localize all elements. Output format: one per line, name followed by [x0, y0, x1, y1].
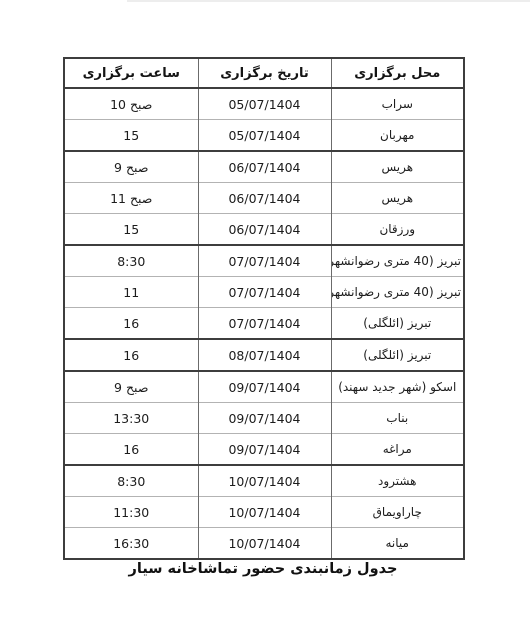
location-cell: تبریز (ائلگلی) — [331, 339, 464, 371]
table-row: تبریز (40 متری رضوانشهر) 07/07/1404 11 — [64, 277, 464, 308]
location-cell: چاراویماق — [331, 497, 464, 528]
table-caption: جدول زمانبندی حضور تماشاخانه سیار — [63, 561, 463, 577]
time-cell: 13:30 — [64, 403, 198, 434]
time-cell: 11 — [64, 277, 198, 308]
date-cell: 09/07/1404 — [198, 371, 331, 403]
date-cell: 06/07/1404 — [198, 214, 331, 246]
table-row: هریس 06/07/1404 9 صبح — [64, 151, 464, 183]
table-row: تبریز (ائلگلی) 08/07/1404 16 — [64, 339, 464, 371]
date-cell: 05/07/1404 — [198, 120, 331, 152]
location-cell: سراب — [331, 88, 464, 120]
time-cell: 16 — [64, 339, 198, 371]
header-row: محل برگزاری تاریخ برگزاری ساعت برگزاری — [64, 58, 464, 88]
table-row: اسکو (شهر جدید سهند) 09/07/1404 9 صبح — [64, 371, 464, 403]
time-cell: 16:30 — [64, 528, 198, 560]
location-cell: میانه — [331, 528, 464, 560]
time-cell: 11:30 — [64, 497, 198, 528]
date-cell: 07/07/1404 — [198, 245, 331, 277]
location-cell: بناب — [331, 403, 464, 434]
date-cell: 10/07/1404 — [198, 497, 331, 528]
location-cell: هریس — [331, 151, 464, 183]
top-edge-artifact — [127, 0, 530, 2]
date-cell: 07/07/1404 — [198, 277, 331, 308]
table-row: ورزقان 06/07/1404 15 — [64, 214, 464, 246]
header-location: محل برگزاری — [331, 58, 464, 88]
date-cell: 07/07/1404 — [198, 308, 331, 340]
location-cell: مراغه — [331, 434, 464, 466]
location-cell: تبریز (40 متری رضوانشهر) — [331, 277, 464, 308]
page: محل برگزاری تاریخ برگزاری ساعت برگزاری س… — [0, 0, 530, 640]
table-row: هریس 06/07/1404 11 صبح — [64, 183, 464, 214]
time-cell: 16 — [64, 308, 198, 340]
table-row: تبریز (40 متری رضوانشهر) 07/07/1404 8:30 — [64, 245, 464, 277]
date-cell: 09/07/1404 — [198, 434, 331, 466]
table-row: هشترود 10/07/1404 8:30 — [64, 465, 464, 497]
schedule-table-header: محل برگزاری تاریخ برگزاری ساعت برگزاری — [64, 58, 464, 88]
table-row: بناب 09/07/1404 13:30 — [64, 403, 464, 434]
time-cell: 15 — [64, 214, 198, 246]
header-date: تاریخ برگزاری — [198, 58, 331, 88]
date-cell: 10/07/1404 — [198, 465, 331, 497]
table-row: میانه 10/07/1404 16:30 — [64, 528, 464, 560]
schedule-table: محل برگزاری تاریخ برگزاری ساعت برگزاری س… — [63, 57, 465, 560]
time-cell: 10 صبح — [64, 88, 198, 120]
date-cell: 08/07/1404 — [198, 339, 331, 371]
schedule-table-body: سراب 05/07/1404 10 صبح مهربان 05/07/1404… — [64, 88, 464, 559]
time-cell: 8:30 — [64, 465, 198, 497]
table-row: تبریز (ائلگلی) 07/07/1404 16 — [64, 308, 464, 340]
time-cell: 16 — [64, 434, 198, 466]
header-time: ساعت برگزاری — [64, 58, 198, 88]
time-cell: 8:30 — [64, 245, 198, 277]
location-cell: اسکو (شهر جدید سهند) — [331, 371, 464, 403]
location-cell: تبریز (ائلگلی) — [331, 308, 464, 340]
date-cell: 06/07/1404 — [198, 151, 331, 183]
table-row: مراغه 09/07/1404 16 — [64, 434, 464, 466]
location-cell: تبریز (40 متری رضوانشهر) — [331, 245, 464, 277]
time-cell: 9 صبح — [64, 371, 198, 403]
date-cell: 05/07/1404 — [198, 88, 331, 120]
table-row: سراب 05/07/1404 10 صبح — [64, 88, 464, 120]
location-cell: مهربان — [331, 120, 464, 152]
location-cell: هشترود — [331, 465, 464, 497]
location-cell: ورزقان — [331, 214, 464, 246]
table-row: چاراویماق 10/07/1404 11:30 — [64, 497, 464, 528]
date-cell: 10/07/1404 — [198, 528, 331, 560]
date-cell: 09/07/1404 — [198, 403, 331, 434]
time-cell: 11 صبح — [64, 183, 198, 214]
table-row: مهربان 05/07/1404 15 — [64, 120, 464, 152]
location-cell: هریس — [331, 183, 464, 214]
time-cell: 9 صبح — [64, 151, 198, 183]
time-cell: 15 — [64, 120, 198, 152]
date-cell: 06/07/1404 — [198, 183, 331, 214]
